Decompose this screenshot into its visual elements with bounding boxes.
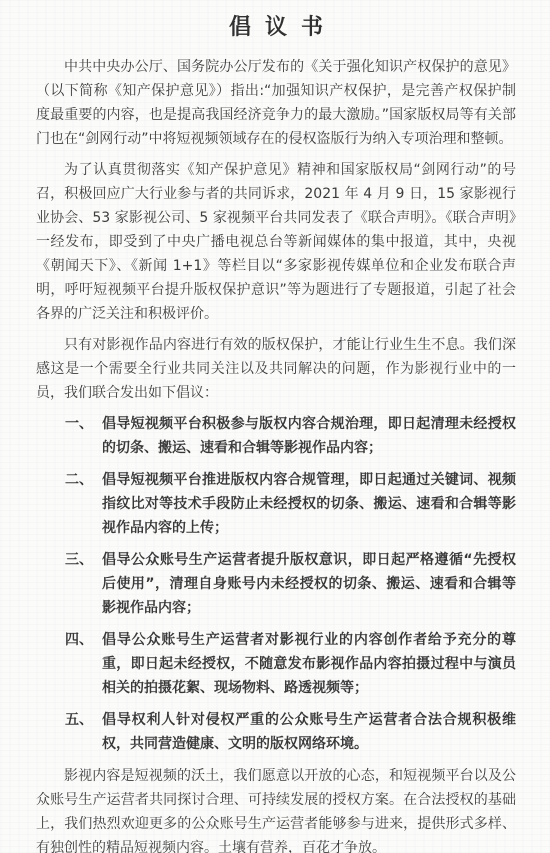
- proposal-number-2: 二、: [65, 468, 93, 492]
- proposal-item-1: 一、 倡导短视频平台积极参与版权内容合规治理，即日起清理未经授权的切条、搬运、速…: [36, 412, 516, 460]
- proposal-item-3: 三、 倡导公众账号生产运营者提升版权意识，即日起严格遵循“先授权后使用”，清理自…: [36, 548, 516, 620]
- proposal-text-1: 倡导短视频平台积极参与版权内容合规治理，即日起清理未经授权的切条、搬运、速看和合…: [102, 416, 516, 456]
- intro-paragraph-1: 中共中央办公厅、国务院办公厅发布的《关于强化知识产权保护的意见》（以下简称《知产…: [36, 55, 516, 151]
- closing-paragraph: 影视内容是短视频的沃土，我们愿意以开放的心态，和短视频平台以及公众账号生产运营者…: [36, 764, 516, 853]
- proposal-item-2: 二、 倡导短视频平台推进版权内容合规管理，即日起通过关键词、视频指纹比对等技术手…: [36, 468, 516, 540]
- proposal-number-3: 三、: [65, 548, 93, 572]
- proposal-item-4: 四、 倡导公众账号生产运营者对影视行业的内容创作者给予充分的尊重，即日起未经授权…: [36, 628, 516, 700]
- proposal-text-4: 倡导公众账号生产运营者对影视行业的内容创作者给予充分的尊重，即日起未经授权，不随…: [102, 632, 516, 696]
- proposal-list: 一、 倡导短视频平台积极参与版权内容合规治理，即日起清理未经授权的切条、搬运、速…: [36, 412, 516, 756]
- proposal-text-5: 倡导权利人针对侵权严重的公众账号生产运营者合法合规积极维权，共同营造健康、文明的…: [102, 712, 516, 752]
- proposal-number-1: 一、: [65, 412, 93, 436]
- intro-paragraph-2: 为了认真贯彻落实《知产保护意见》精神和国家版权局“剑网行动”的号召，积极回应广大…: [36, 158, 516, 326]
- document-title: 倡议书: [36, 10, 516, 41]
- proposal-number-4: 四、: [65, 628, 93, 652]
- proposal-text-2: 倡导短视频平台推进版权内容合规管理，即日起通过关键词、视频指纹比对等技术手段防止…: [102, 472, 516, 536]
- proposal-text-3: 倡导公众账号生产运营者提升版权意识，即日起严格遵循“先授权后使用”，清理自身账号…: [102, 552, 516, 616]
- intro-paragraph-3: 只有对影视作品内容进行有效的版权保护，才能让行业生生不息。我们深感这是一个需要全…: [36, 333, 516, 405]
- proposal-number-5: 五、: [65, 708, 93, 732]
- proposal-item-5: 五、 倡导权利人针对侵权严重的公众账号生产运营者合法合规积极维权，共同营造健康、…: [36, 708, 516, 756]
- document-page: 倡议书 中共中央办公厅、国务院办公厅发布的《关于强化知识产权保护的意见》（以下简…: [0, 0, 550, 853]
